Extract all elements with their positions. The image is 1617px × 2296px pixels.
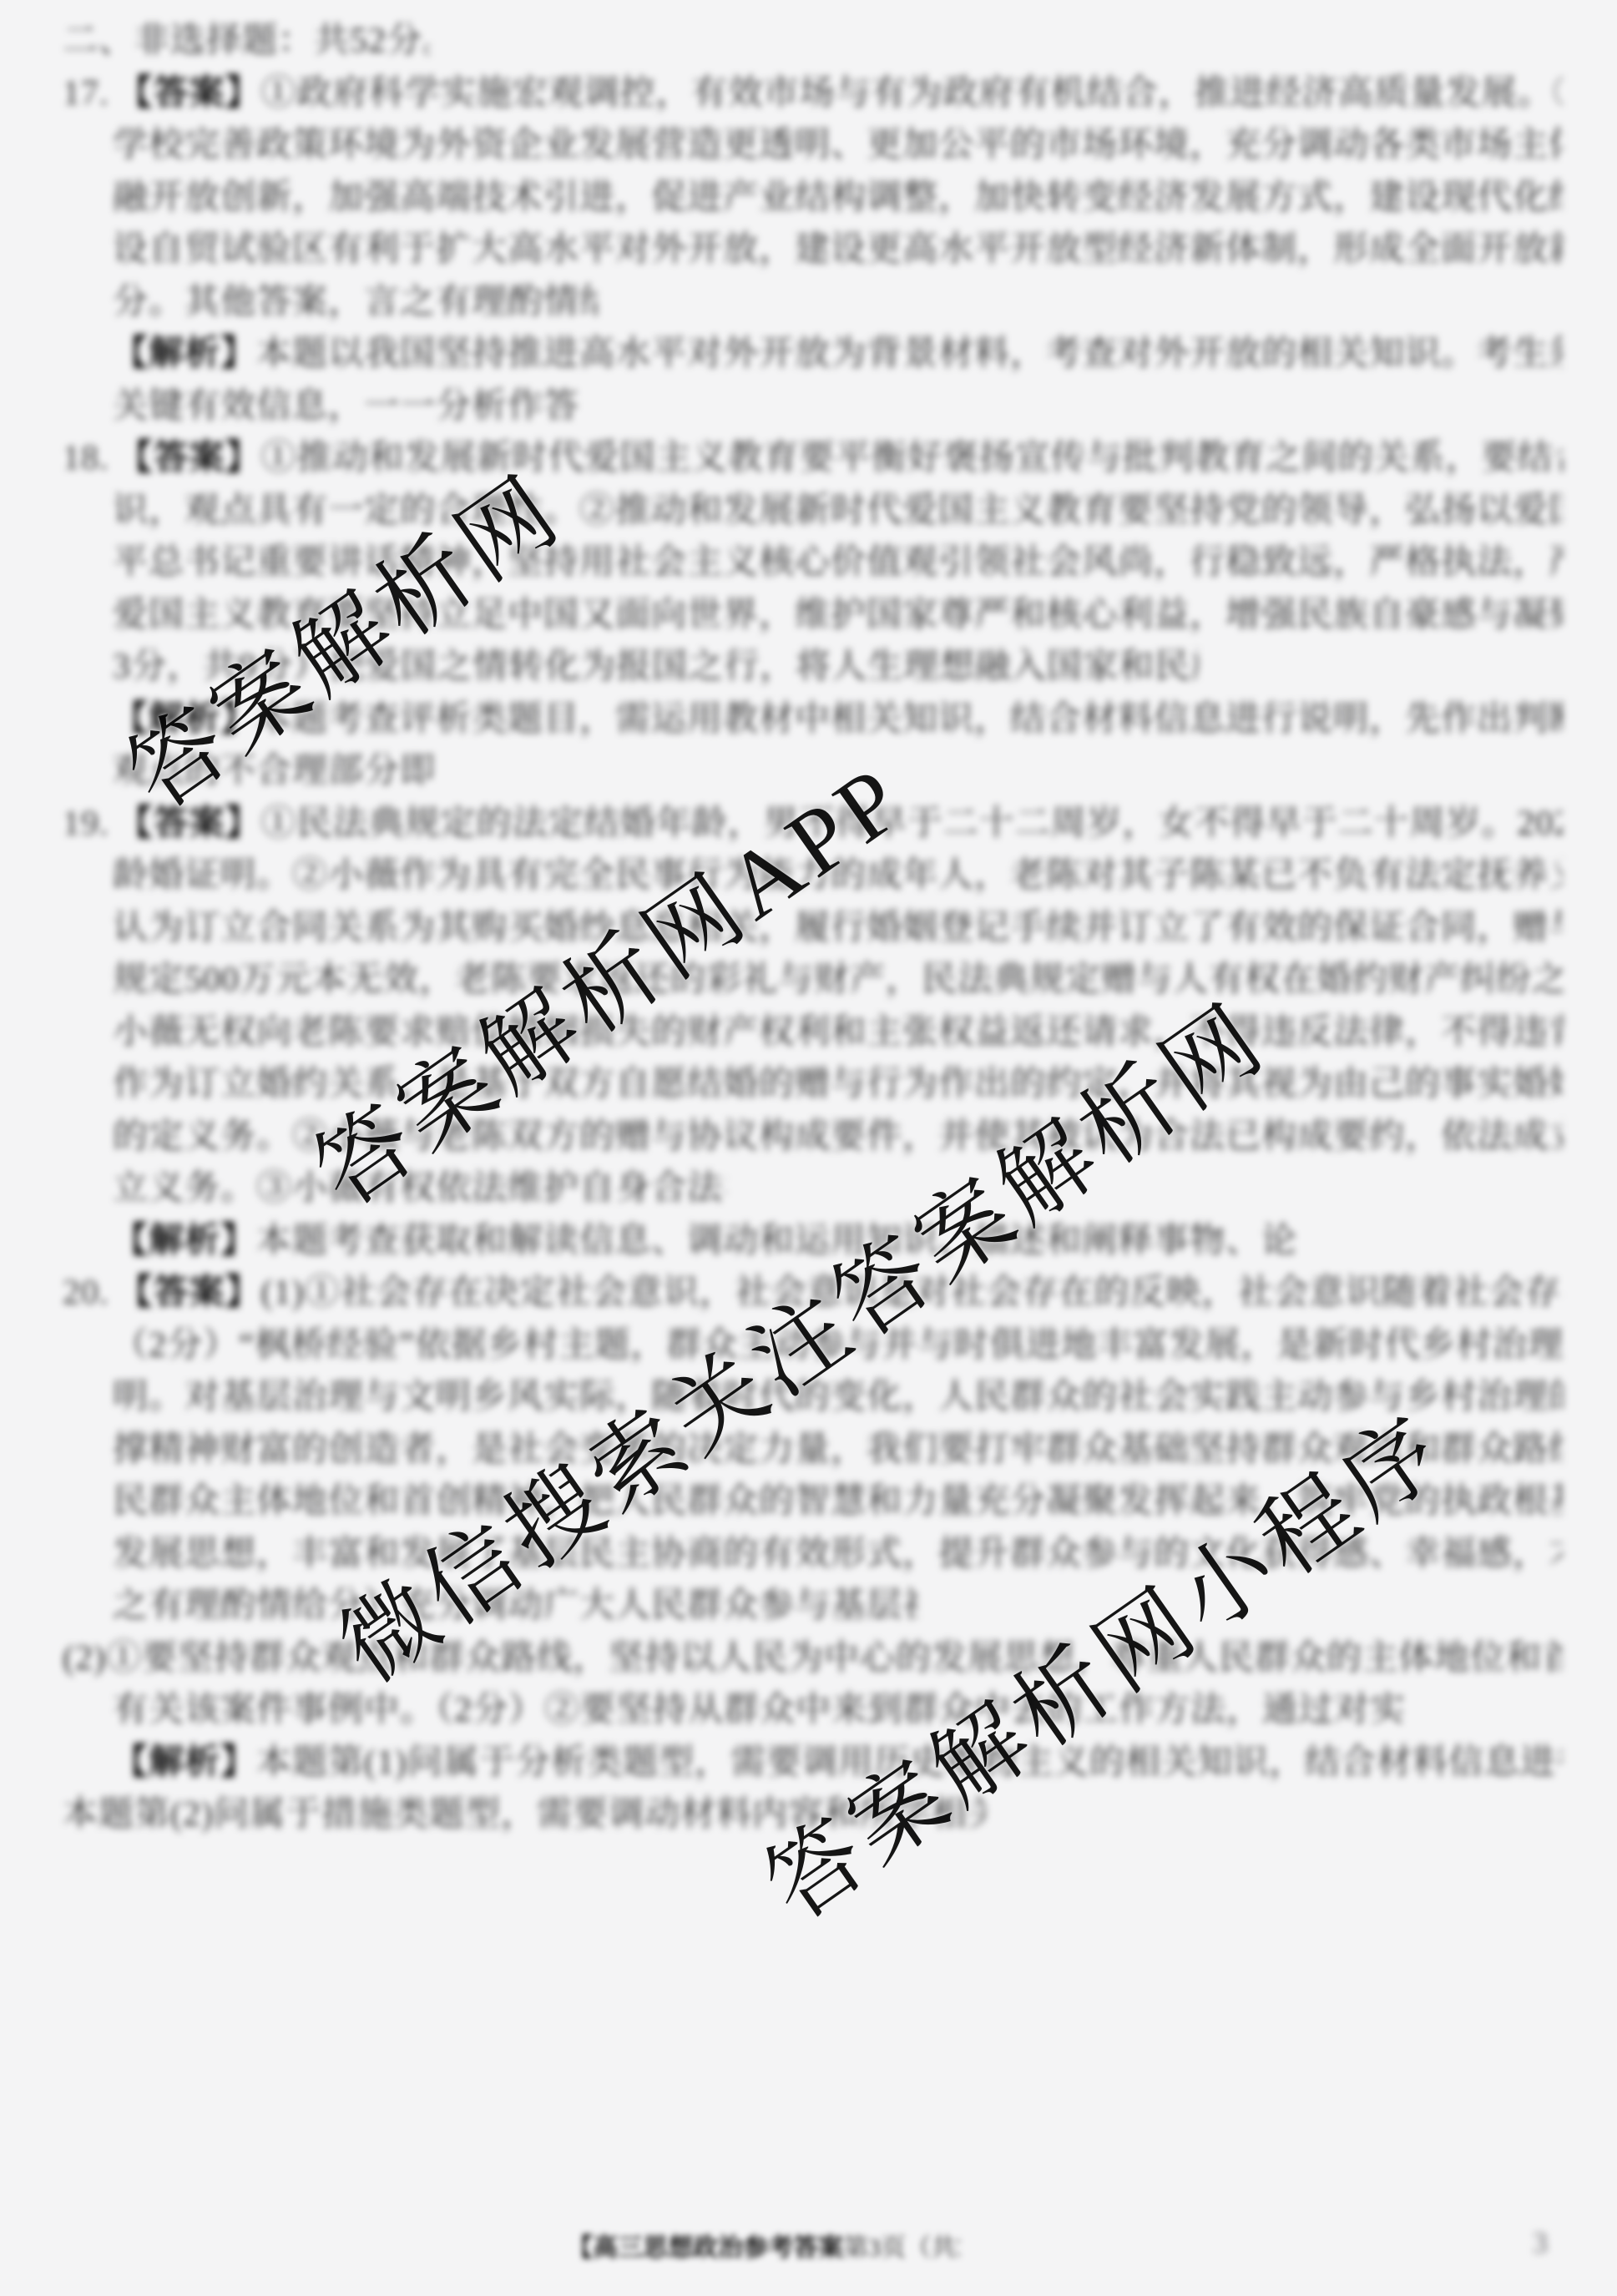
answer-line: 小薇无权向老陈要求赔偿婚姻损失的财产权利和主张权益返还请求，不得违反法律，不得违…	[113, 1009, 1563, 1056]
analysis-line: 【解析】本题第(1)问属于分析类题型，需要调用历史唯物主义的相关知识，结合材料信…	[113, 1739, 1563, 1786]
line-text: 关键有效信息，一一分析作答。关键有效信息，一一分析作答。	[113, 387, 580, 426]
answer-line: 分。其他答案，言之有理酌情给分）分。其他答案，言之有理酌情给分）	[113, 279, 597, 325]
answer-line: 作为订立婚约关系，是基于双方自愿结婚的赠与行为作出的约定，并将其视为由己的事实婚…	[113, 1061, 1563, 1108]
line-text: 有关该案件事例中。（2分）②要坚持从群众中来到群众中去的工作方法，通过对实际问题…	[113, 1691, 1402, 1729]
answer-line: 有关该案件事例中。（2分）②要坚持从群众中来到群众中去的工作方法，通过对实际问题…	[113, 1687, 1402, 1733]
analysis-line: 【解析】本题考查获取和解读信息、调动和运用知识、描述和阐释事物、论证和探究问题的…	[113, 1218, 1298, 1264]
footer-title: 【高三思想政治参考答案	[568, 2234, 843, 2262]
answer-line: 17.【答案】①政府科学实施宏观调控，有效市场与有为政府有机结合，推进经济高质量…	[63, 70, 1563, 117]
answer-line: 平总书记重要讲话精神，坚持用社会主义核心价值观引领社会风尚，行稳致远，严格执法，…	[113, 539, 1563, 586]
answer-line: 识，观点具有一定的合理性。②推动和发展新时代爱国主义教育要坚持党的领导，弘扬以爱…	[113, 487, 1563, 534]
answer-line: 认为订立合同关系为其购买婚纱息息相关，履行婚姻登记手续并订立了有效的保证合同，赠…	[113, 905, 1563, 951]
line-text: 平总书记重要讲话精神，坚持用社会主义核心价值观引领社会风尚，行稳致远，严格执法，…	[113, 543, 1563, 582]
line-text: 识，观点具有一定的合理性。②推动和发展新时代爱国主义教育要坚持党的领导，弘扬以爱…	[113, 492, 1563, 530]
line-text: 作为订立婚约关系，是基于双方自愿结婚的赠与行为作出的约定，并将其视为由己的事实婚…	[113, 1065, 1563, 1103]
answer-line: (2)①要坚持群众观点和群众路线，坚持以人民为中心的发展思想，尊重人民群众的主体…	[63, 1635, 1563, 1682]
bold-label: 【答案】	[118, 439, 261, 477]
analysis-line: 关键有效信息，一一分析作答。关键有效信息，一一分析作答。	[113, 383, 580, 430]
scanned-answer-page: 二、非选择题：共52分。二、非选择题：共52分。17.【答案】①政府科学实施宏观…	[0, 0, 1617, 2296]
answer-line: 18.【答案】①推动和发展新时代爱国主义教育要平衡好褒扬宣传与批判教育之间的关系…	[63, 435, 1563, 482]
page-footer: 【高三思想政治参考答案第3页（共3页）】	[568, 2230, 960, 2267]
answer-line: 设自贸试验区有利于扩大高水平对外开放，建设更高水平开放型经济新体制，形成全面开放…	[113, 226, 1563, 273]
line-text: 本题考查获取和解读信息、调动和运用知识、描述和阐释事物、论证和探究问题的能力，运…	[256, 1222, 1298, 1260]
line-text: 小薇无权向老陈要求赔偿婚姻损失的财产权利和主张权益返还请求，不得违反法律，不得违…	[113, 1013, 1563, 1052]
line-text: 规定500万元本无效，老陈要求返还的彩礼与财产，民法典规定赠与人有权在婚约财产纠…	[113, 961, 1563, 999]
line-text: (2)①要坚持群众观点和群众路线，坚持以人民为中心的发展思想，尊重人民群众的主体…	[63, 1639, 1563, 1678]
item-number: 17.	[63, 74, 118, 113]
line-text: 认为订立合同关系为其购买婚纱息息相关，履行婚姻登记手续并订立了有效的保证合同，赠…	[113, 909, 1563, 947]
bold-label: 【解析】	[113, 335, 256, 373]
item-number: 18.	[63, 439, 118, 477]
line-text: 二、非选择题：共52分。二、非选择题：共52分。	[63, 22, 430, 60]
analysis-line: 【解析】本题以我国坚持推进高水平对外开放为背景材料，考查对外开放的相关知识。考生…	[113, 331, 1563, 377]
line-text: 分。其他答案，言之有理酌情给分）分。其他答案，言之有理酌情给分）	[113, 283, 597, 321]
line-text: 学校完善政策环境为外资企业发展营造更透明、更加公平的市场环境，充分调动各类市场主…	[113, 126, 1563, 164]
line-text: 本题考查评析类题目，需运用教材中相关知识，结合材料信息进行说明，先作出判断，再分…	[256, 700, 1563, 739]
line-text: 本题以我国坚持推进高水平对外开放为背景材料，考查对外开放的相关知识。考生须紧扣教…	[256, 335, 1563, 373]
item-number: 20.	[63, 1274, 118, 1312]
bold-label: 【答案】	[118, 1274, 261, 1312]
bold-label: 【解析】	[113, 1743, 256, 1782]
footer-page-info: 第3页（共3页）】	[843, 2234, 960, 2262]
answer-line: 规定500万元本无效，老陈要求返还的彩礼与财产，民法典规定赠与人有权在婚约财产纠…	[113, 956, 1563, 1003]
item-number: 19.	[63, 805, 118, 843]
answer-line: 学校完善政策环境为外资企业发展营造更透明、更加公平的市场环境，充分调动各类市场主…	[113, 122, 1563, 169]
bold-label: 【答案】	[118, 74, 261, 113]
line-text: 设自贸试验区有利于扩大高水平对外开放，建设更高水平开放型经济新体制，形成全面开放…	[113, 230, 1563, 269]
answer-line: 融开放创新，加强高端技术引进，促进产业结构调整，加快转变经济发展方式，建设现代化…	[113, 174, 1563, 221]
line-text: 融开放创新，加强高端技术引进，促进产业结构调整，加快转变经济发展方式，建设现代化…	[113, 179, 1563, 217]
line-text: ①推动和发展新时代爱国主义教育要平衡好褒扬宣传与批判教育之间的关系，要结合社会舆…	[261, 439, 1563, 477]
line-text: ①政府科学实施宏观调控，有效市场与有为政府有机结合，推进经济高质量发展。②实施创…	[261, 74, 1563, 113]
corner-page-number: 3	[1533, 2225, 1548, 2260]
section-header: 二、非选择题：共52分。二、非选择题：共52分。	[63, 18, 430, 64]
document-text-layer: 二、非选择题：共52分。二、非选择题：共52分。17.【答案】①政府科学实施宏观…	[0, 0, 1617, 2296]
line-text: 明。对基层治理与文明乡风实际，随着时代的变化，人民群众的社会实践主动参与乡村治理…	[113, 1378, 1563, 1416]
bold-label: 【解析】	[113, 1222, 256, 1260]
